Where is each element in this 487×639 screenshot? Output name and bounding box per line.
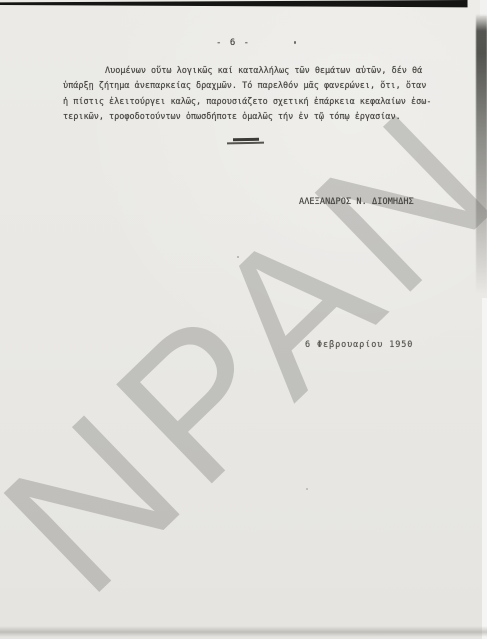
date-line: 6 Φεβρουαρίου 1950 (305, 340, 413, 350)
ink-speck (237, 256, 239, 258)
scan-edge-right-dark-band (476, 14, 487, 294)
scan-edge-right-white-strip (482, 298, 487, 639)
ink-speck (306, 488, 308, 490)
body-paragraph: Λυομένων οὕτω λογικῶς καί καταλλήλως τῶν… (63, 64, 438, 126)
scan-edge-bottom-shadow (0, 626, 487, 637)
signature-name: ΑΛΕΞΑΝΔΡΟΣ Ν. ΔΙΟΜΗΔΗΣ (299, 197, 414, 207)
scanned-document-page: ΝΡΑΝ - 6 - Λυομένων οὕτω λογικῶς καί κατ… (0, 0, 487, 639)
paragraph-line: τερικῶν, τροφοδοτούντων ὁπωσδήποτε ὁμαλῶ… (63, 110, 438, 125)
paragraph-line: ἡ πίστις ἐλειτούργει καλῶς, παρουσιάζετο… (63, 95, 438, 110)
typed-divider (227, 142, 264, 144)
paragraph-line: ὑπάρξῃ ζήτημα ἀνεπαρκείας δραχμῶν. Τό πα… (63, 79, 438, 94)
scan-edge-top (0, 0, 487, 8)
watermark-npan: ΝΡΑΝ (0, 74, 487, 627)
ink-speck (294, 41, 296, 44)
paragraph-line: Λυομένων οὕτω λογικῶς καί καταλλήλως τῶν… (63, 64, 438, 79)
typed-divider (233, 138, 259, 141)
page-number: - 6 - (216, 38, 251, 48)
